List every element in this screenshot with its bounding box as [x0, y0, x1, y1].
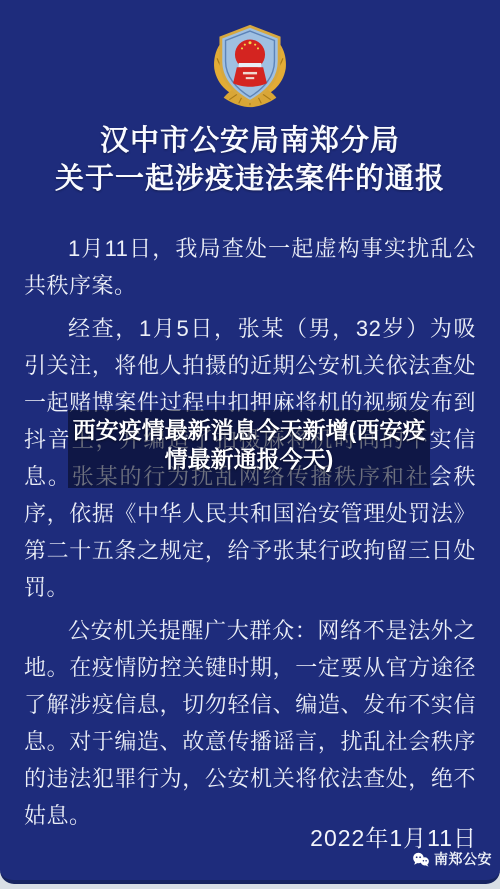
- headline-overlay-bar: 西安疫情最新消息今天新增(西安疫 情最新通报今天): [68, 410, 430, 488]
- notice-body: 1月11日，我局查处一起虚构事实扰乱公共秩序案。 经查，1月5日，张某（男，32…: [24, 230, 476, 834]
- wechat-icon: [412, 852, 430, 867]
- notice-title-line1: 汉中市公安局南郑分局: [0, 122, 500, 160]
- notice-paragraph-1: 1月11日，我局查处一起虚构事实扰乱公共秩序案。: [24, 230, 476, 304]
- notice-title: 汉中市公安局南郑分局 关于一起涉疫违法案件的通报: [0, 122, 500, 198]
- notice-image-page: 汉中市公安局南郑分局 关于一起涉疫违法案件的通报 1月11日，我局查处一起虚构事…: [0, 0, 500, 889]
- watermark: 南郑公安: [412, 849, 492, 869]
- police-badge-icon: [203, 16, 297, 110]
- headline-overlay-line2: 情最新通报今天): [68, 445, 430, 474]
- police-notice-card: 汉中市公安局南郑分局 关于一起涉疫违法案件的通报 1月11日，我局查处一起虚构事…: [0, 0, 500, 884]
- notice-title-line2: 关于一起涉疫违法案件的通报: [0, 160, 500, 198]
- watermark-label: 南郑公安: [434, 849, 492, 869]
- headline-overlay-line1: 西安疫情最新消息今天新增(西安疫: [68, 416, 430, 445]
- notice-paragraph-3: 公安机关提醒广大群众：网络不是法外之地。在疫情防控关键时期，一定要从官方途径了解…: [24, 612, 476, 834]
